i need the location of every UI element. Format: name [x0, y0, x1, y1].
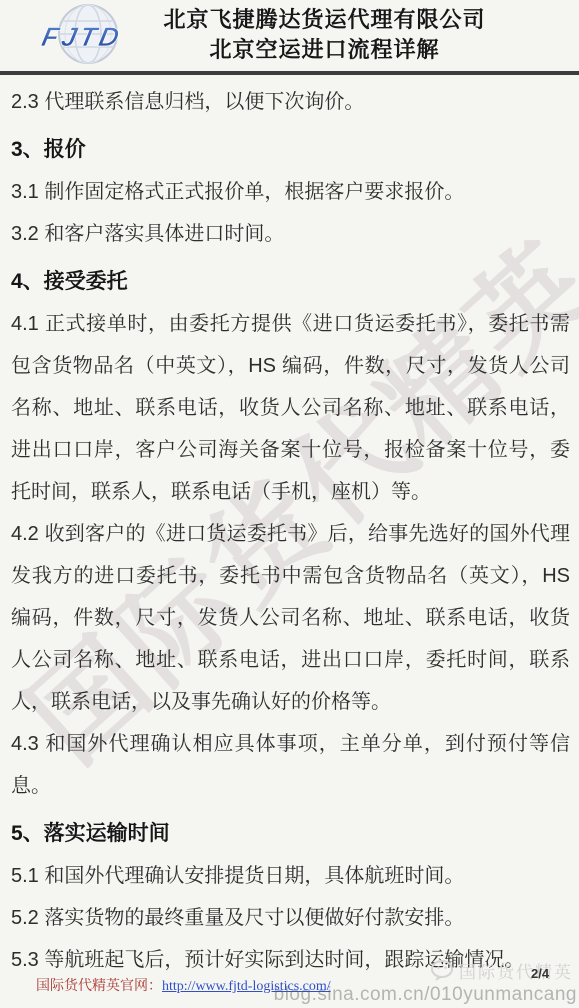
document-body: 2.3 代理联系信息归档，以便下次询价。 3、报价 3.1 制作固定格式正式报价…	[0, 75, 579, 981]
account-watermark-text: 国际货代精英	[459, 958, 573, 983]
item-4-1: 4.1 正式接单时，由委托方提供《进口货运委托书》，委托书需包含货物品名（中英文…	[11, 303, 570, 513]
site-url-link[interactable]: http://www.fjtd-logistics.com/	[162, 979, 331, 994]
item-3-1: 3.1 制作固定格式正式报价单，根据客户要求报价。	[11, 171, 570, 213]
item-2-3: 2.3 代理联系信息归档，以便下次询价。	[11, 81, 570, 123]
item-5-2: 5.2 落实货物的最终重量及尺寸以便做好付款安排。	[11, 897, 570, 939]
company-name: 北京飞捷腾达货运代理有限公司	[125, 4, 524, 35]
site-label: 国际货代精英官网：	[36, 979, 162, 994]
account-watermark: 国际货代精英	[431, 958, 573, 983]
item-5-1: 5.1 和国外代理确认安排提货日期，具体航班时间。	[11, 855, 570, 897]
document-page: 国际货代精英 FJTD	[0, 0, 579, 1008]
item-4-3: 4.3 和国外代理确认相应具体事项，主单分单，到付预付等信息。	[11, 723, 570, 807]
section-4-heading: 4、接受委托	[11, 261, 570, 303]
logo-text: FJTD	[39, 21, 125, 52]
fjtd-logo: FJTD	[28, 1, 136, 75]
page-title: 北京空运进口流程详解	[125, 35, 524, 65]
page-number: 2/4	[531, 966, 549, 981]
footer-site-line: 国际货代精英官网：http://www.fjtd-logistics.com/	[36, 975, 331, 995]
item-4-2: 4.2 收到客户的《进口货运委托书》后，给事先选好的国外代理发我方的进口委托书，…	[11, 513, 570, 723]
wechat-icon	[431, 960, 455, 981]
globe-icon: FJTD	[28, 1, 136, 70]
item-3-2: 3.2 和客户落实具体进口时间。	[11, 213, 570, 255]
page-header: FJTD 北京飞捷腾达货运代理有限公司 北京空运进口流程详解	[0, 0, 579, 71]
section-3-heading: 3、报价	[11, 129, 570, 171]
header-titles: 北京飞捷腾达货运代理有限公司 北京空运进口流程详解	[125, 4, 524, 65]
section-5-heading: 5、落实运输时间	[11, 813, 570, 855]
